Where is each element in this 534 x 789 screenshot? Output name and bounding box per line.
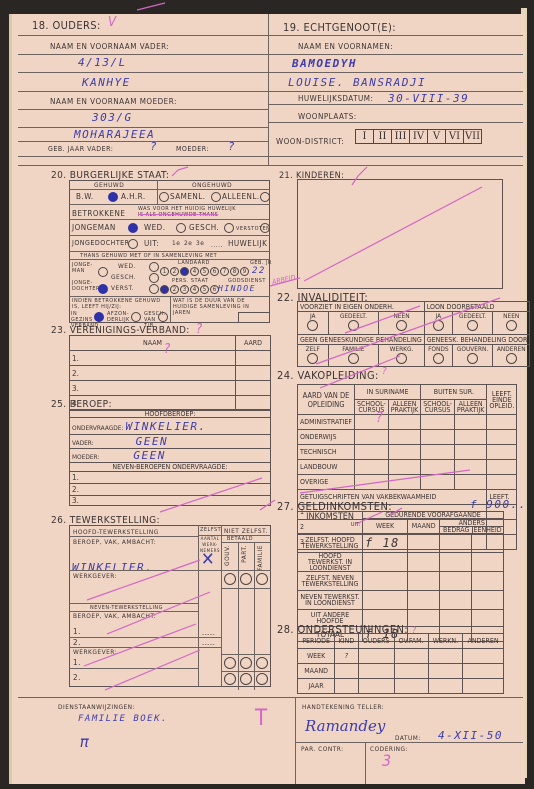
moeder-name: MOHARAJEEA	[74, 128, 155, 141]
aard-opleiding-header: AARD VAN DE OPLEIDING	[298, 385, 355, 415]
district-5[interactable]: V	[427, 130, 445, 143]
moeder-label: NAAM EN VOORNAAM MOEDER:	[50, 97, 177, 106]
indien-gehuwd-text: INDIEN BETROKKENE GEHUWD IS, LEEFT HIJ/Z…	[72, 298, 164, 310]
hoofd-tewerkstelling-header: HOOFD-TEWERKSTELLING	[73, 528, 159, 536]
neven2-part-radio[interactable]	[240, 673, 252, 685]
geb-jaar-moeder-value: ?	[228, 140, 236, 153]
dienstaanwijzingen-value: FAMILIE BOEK.	[78, 714, 168, 724]
table-row[interactable]: 3.	[70, 381, 271, 396]
beroep-vader-value: GEEN	[136, 435, 169, 448]
neven-beroepen-header: NEVEN-BEROEPEN ONDERVRAAGDE:	[70, 463, 271, 472]
maand-header: MAAND	[407, 519, 439, 534]
periode-header: PERIODE	[298, 634, 335, 649]
gesch-label: GESCH.	[189, 223, 219, 232]
neven-dash-1: -----	[202, 630, 215, 638]
onderwijs-note: ?	[376, 410, 383, 426]
district-1[interactable]: I	[356, 130, 373, 143]
verstoten-radio[interactable]	[260, 223, 270, 233]
jongeman-label: JONGEMAN	[72, 223, 116, 232]
neven1-part-radio[interactable]	[240, 657, 252, 669]
pers-staat-3[interactable]: 3	[180, 285, 189, 294]
anderen-header: ANDEREN	[463, 634, 504, 649]
week-header: WEEK	[363, 519, 408, 534]
jongedochter-radio[interactable]	[128, 239, 138, 249]
inv-gedeelt-1[interactable]: GEDEELT.	[328, 312, 379, 335]
section-ouders-title: 18. OUDERS:	[32, 19, 101, 32]
neven-dash-2: -----	[202, 640, 215, 648]
pink-t-mark: T	[255, 706, 267, 731]
geb-jr-value: 22	[252, 266, 266, 276]
duur-jaren-field[interactable]	[238, 312, 270, 323]
partner-verst-radio[interactable]	[149, 284, 159, 294]
samenl-label: SAMENL.	[170, 192, 206, 201]
woon-district-label: WOON-DISTRICT:	[276, 137, 344, 146]
table-row[interactable]: OVERIGE	[298, 475, 517, 490]
gehuwd-header: GEHUWD	[94, 181, 124, 189]
ahr-radio[interactable]	[159, 192, 169, 202]
table-row[interactable]: 2.	[70, 484, 271, 496]
geb-jaar-vader-label: GEB. JAAR VADER:	[48, 145, 113, 153]
table-row[interactable]: 1.	[70, 472, 271, 484]
pers-staat-1[interactable]: 1	[160, 285, 169, 294]
jongeman-radio[interactable]	[128, 223, 138, 233]
vakopleiding-check: ?	[382, 366, 387, 377]
table-row[interactable]: ZELFST. HOOFD TEWERKSTELLINGf 18	[298, 534, 504, 553]
landaard-1[interactable]: 1	[160, 267, 169, 276]
district-6[interactable]: VI	[445, 130, 463, 143]
in-suriname-header: IN SURINAME	[355, 385, 421, 400]
landaard-header: LANDAARD	[178, 260, 210, 266]
table-row[interactable]: NEVEN TEWERKST. IN LOONDIENST	[298, 591, 504, 610]
huwelijksdatum-label: HUWELIJKSDATUM:	[298, 94, 373, 103]
partner-gesch-radio[interactable]	[149, 273, 159, 283]
landaard-8[interactable]: 8	[230, 267, 239, 276]
moeder-row[interactable]: MOEDER: GEEN	[70, 449, 271, 463]
codering-value: 3	[382, 751, 391, 770]
leeft-einde-header: LEEFT. EINDE OPLEID.	[487, 385, 517, 415]
jonge-dochter-radio[interactable]	[98, 284, 108, 294]
table-row[interactable]: 3.	[70, 496, 271, 506]
gedurende-header: GEDURENDE VOORAFGAANDE	[363, 512, 504, 519]
huwelijk-3e[interactable]: 3e	[196, 239, 204, 247]
was-voor-text-2: IS ALS ONGEHUWDE THANS	[138, 212, 218, 218]
kinderen-box[interactable]	[297, 179, 503, 289]
partner-verst-label: VERST.	[111, 284, 134, 292]
inv-neen-2[interactable]: NEEN	[493, 312, 530, 335]
jonge-dochter-label: JONGE-DOCHTER	[72, 280, 96, 292]
dienst-mark: π	[80, 733, 91, 751]
pers-staat-4[interactable]: 4	[190, 285, 199, 294]
wed-radio[interactable]	[176, 223, 186, 233]
inkomsten-header: INKOMSTENUIT:	[298, 512, 363, 534]
bw-radio[interactable]	[108, 192, 118, 202]
par-contr-label: PAR. CONTR:	[301, 745, 344, 753]
vader-row[interactable]: VADER: GEEN	[70, 435, 271, 449]
gesch-radio[interactable]	[224, 223, 234, 233]
huwelijk-dots: .....	[211, 241, 223, 249]
table-row[interactable]: TECHNISCH	[298, 445, 517, 460]
godsdienst-value: HINDOE	[218, 284, 256, 293]
door-gouvern[interactable]: GOUVERN.	[452, 345, 492, 367]
ahr-label: A.H.R.	[121, 192, 146, 201]
neven-row-1[interactable]: 1.	[73, 627, 81, 636]
inv-gedeelt-2[interactable]: GEDEELT.	[452, 312, 492, 335]
section-echtgenoot-title: 19. ECHTGENOOT(E):	[283, 21, 396, 34]
in-gezinsverband-radio[interactable]	[94, 312, 104, 322]
check-mark: V	[108, 15, 116, 30]
aard-header: AARD	[236, 336, 271, 351]
section-vakopleiding-title: 24. VAKOPLEIDING:	[277, 369, 379, 382]
hoofd-gouv-radio[interactable]	[224, 573, 236, 585]
vader-label: NAAM EN VOORNAAM VADER:	[50, 42, 169, 51]
table-row[interactable]: ONDERWIJS	[298, 430, 517, 445]
landaard-3[interactable]: 3	[180, 267, 189, 276]
door-werkg[interactable]: WERKG.	[379, 345, 424, 367]
verenigings-row1-note: ?	[164, 342, 170, 357]
loon-header: LOON DOORBETAALD	[424, 302, 530, 312]
vader-name: KANHYE	[82, 76, 131, 89]
pers-staat-header: PERS. STAAT	[172, 278, 209, 284]
samenl-radio[interactable]	[211, 192, 221, 202]
aantal-cross-mark: ✕	[201, 552, 215, 568]
alleenl-radio[interactable]	[260, 192, 270, 202]
praktijk-buiten: ALLEEN PRAKTIJK	[454, 400, 486, 415]
alleenl-label: ALLEENL.	[222, 192, 260, 201]
district-3[interactable]: III	[391, 130, 409, 143]
neven1-familie-radio[interactable]	[256, 657, 268, 669]
werkgever-row-2[interactable]: 2.	[73, 673, 81, 682]
beroep-table: HOOFDBEROEP: ONDERVRAAGDE: WINKELIER. VA…	[69, 409, 271, 506]
teller-signature: Ramandey	[305, 717, 385, 735]
door-zelf[interactable]: ZELF	[298, 345, 329, 367]
bw-label: B.W.	[76, 192, 94, 201]
neven2-familie-radio[interactable]	[256, 673, 268, 685]
neven-row-2[interactable]: 2.	[73, 638, 81, 647]
table-row[interactable]: JAAR	[298, 679, 504, 694]
tw-werkgever-label: WERKGEVER:	[73, 572, 117, 580]
geen-behandeling[interactable]: GEEN GENEESKUNDIGE BEHANDELING	[298, 335, 425, 345]
geb-jaar-vader-value: ?	[150, 140, 158, 153]
table-row[interactable]: WEEK?	[298, 649, 504, 664]
werkn-header: WERKN.	[428, 634, 463, 649]
ouders-header: OUDERS	[358, 634, 394, 649]
partner-wed-radio[interactable]	[149, 262, 159, 272]
landaard-7[interactable]: 7	[220, 267, 229, 276]
neven2-gouv-radio[interactable]	[224, 673, 236, 685]
table-row[interactable]: LANDBOUW	[298, 460, 517, 475]
part-label: PART.	[240, 545, 248, 563]
landaard-6[interactable]: 6	[210, 267, 219, 276]
naam-header: NAAM	[70, 336, 236, 351]
inv-ja-2[interactable]: JA	[424, 312, 452, 335]
landaard-5[interactable]: 5	[200, 267, 209, 276]
table-row[interactable]: MAAND	[298, 664, 504, 679]
partner-wed-label: WED.	[118, 262, 136, 270]
jongedochter-label: JONGEDOCHTER	[72, 239, 130, 247]
echtgenoot-naam-1: BAMOEDYH	[292, 57, 357, 70]
beroep-vader-label: VADER:	[72, 439, 94, 447]
beroep-moeder-value: GEEN	[133, 449, 166, 462]
jonge-man-label: JONGE-MAN	[72, 262, 96, 274]
gesch-van-tb-radio[interactable]	[158, 312, 168, 322]
familie-label: FAMILIE	[256, 545, 264, 571]
voorziet-header: VOORZIET IN EIGEN ONDERH.	[298, 302, 425, 312]
handtekening-teller-label: HANDTEKENING TELLER:	[302, 703, 384, 711]
table-row[interactable]: 2.	[70, 366, 271, 381]
partner-gesch-label: GESCH.	[111, 273, 136, 281]
wed-label: WED.	[144, 223, 166, 232]
invaliditeit-table: VOORZIET IN EIGEN ONDERH.LOON DOORBETAAL…	[297, 301, 530, 367]
anders-header: ANDERSBEDRAGEENHEID	[440, 519, 504, 534]
vader-code: 4/13/L	[78, 56, 127, 69]
door-fonds[interactable]: FONDS	[424, 345, 452, 367]
datum-value: 4-XII-50	[438, 729, 503, 742]
praktijk-sur: ALLEEN PRAKTIJK	[388, 400, 420, 415]
neven-beroep-label: BEROEP, VAK, AMBACHT:	[73, 612, 156, 620]
datum-label: DATUM:	[395, 734, 421, 742]
schoolcursus-buiten: SCHOOL-CURSUS	[421, 400, 455, 415]
table-row[interactable]: ZELFST. NEVEN TEWERKSTELLING	[298, 572, 504, 591]
zelfst-header: ZELFST.	[200, 527, 223, 533]
neven-werkgever-label: WERKGEVER:	[73, 648, 117, 656]
ondersteuningen-table: PERIODE KIND OUDERS OV.FAM. WERKN. ANDER…	[297, 633, 504, 694]
neven1-gouv-radio[interactable]	[224, 657, 236, 669]
ondervraagde-label: ONDERVRAAGDE:	[72, 424, 123, 432]
ondervraagde-row[interactable]: ONDERVRAAGDE: WINKELIER.	[70, 418, 271, 435]
moeder-code: 303/G	[92, 111, 133, 124]
echtgenoot-naam-label: NAAM EN VOORNAMEN:	[298, 42, 393, 51]
tw-beroep-label: BEROEP, VAK, AMBACHT:	[73, 538, 156, 546]
beroep-moeder-label: MOEDER:	[72, 453, 99, 461]
district-7[interactable]: VII	[463, 130, 481, 143]
district-2[interactable]: II	[373, 130, 391, 143]
ondervraagde-value: WINKELIER.	[125, 420, 206, 433]
geldinkomsten-amount: f 900..	[470, 498, 527, 511]
gouv-label: GOUV.	[223, 545, 231, 566]
huwelijk-label: HUWELIJK	[228, 239, 267, 248]
geneesk-behandeling-header: GENEESK. BEHANDELING DOOR	[424, 335, 530, 345]
pers-staat-5[interactable]: 5	[200, 285, 209, 294]
district-4[interactable]: IV	[409, 130, 427, 143]
uit-label: UIT:	[144, 239, 159, 248]
woon-district-selector[interactable]: I II III IV V VI VII	[355, 129, 482, 144]
woonplaats-label: WOONPLAATS:	[298, 112, 357, 121]
afzonderlijk-radio[interactable]	[131, 312, 141, 322]
hoofd-part-radio[interactable]	[240, 573, 252, 585]
geb-jaar-moeder-label: MOEDER:	[176, 145, 209, 153]
werkgever-row-1[interactable]: 1.	[73, 658, 81, 667]
schoolcursus-sur: SCHOOL-CURSUS	[355, 400, 389, 415]
echtgenoot-naam-2: LOUISE. BANSRADJI	[288, 76, 426, 89]
huwelijk-2e[interactable]: 2e	[184, 239, 192, 247]
hoofd-familie-radio[interactable]	[256, 573, 268, 585]
ongehuwd-header: ONGEHUWD	[192, 181, 232, 189]
landaard-4[interactable]: 4	[190, 267, 199, 276]
landaard-2[interactable]: 2	[170, 267, 179, 276]
afzonderlijk-label: AFZON-DERLIJK	[107, 311, 129, 323]
betrokkene-label: BETROKKENE	[72, 209, 125, 218]
buiten-sur-header: BUITEN SUR.	[421, 385, 487, 400]
kind-header: KIND	[335, 634, 358, 649]
table-row[interactable]: HOOFD TEWERKST. IN LOONDIENST	[298, 553, 504, 572]
hoofdberoep-header: HOOFDBEROEP:	[70, 410, 271, 418]
table-row[interactable]: ADMINISTRATIEF	[298, 415, 517, 430]
door-anderen[interactable]: ANDEREN	[493, 345, 530, 367]
dienstaanwijzingen-label: DIENSTAANWIJZINGEN:	[58, 703, 135, 711]
niet-zelfst-header: NIET ZELFST.	[224, 527, 268, 535]
jonge-man-radio[interactable]	[98, 267, 108, 277]
pers-staat-2[interactable]: 2	[170, 285, 179, 294]
ovfam-header: OV.FAM.	[394, 634, 428, 649]
inv-ja-1[interactable]: JA	[298, 312, 329, 335]
inv-neen-1[interactable]: NEEN	[379, 312, 424, 335]
landaard-9[interactable]: 9	[240, 267, 249, 276]
door-familie[interactable]: FAMILIE	[328, 345, 379, 367]
huwelijk-1e[interactable]: 1e	[172, 239, 180, 247]
